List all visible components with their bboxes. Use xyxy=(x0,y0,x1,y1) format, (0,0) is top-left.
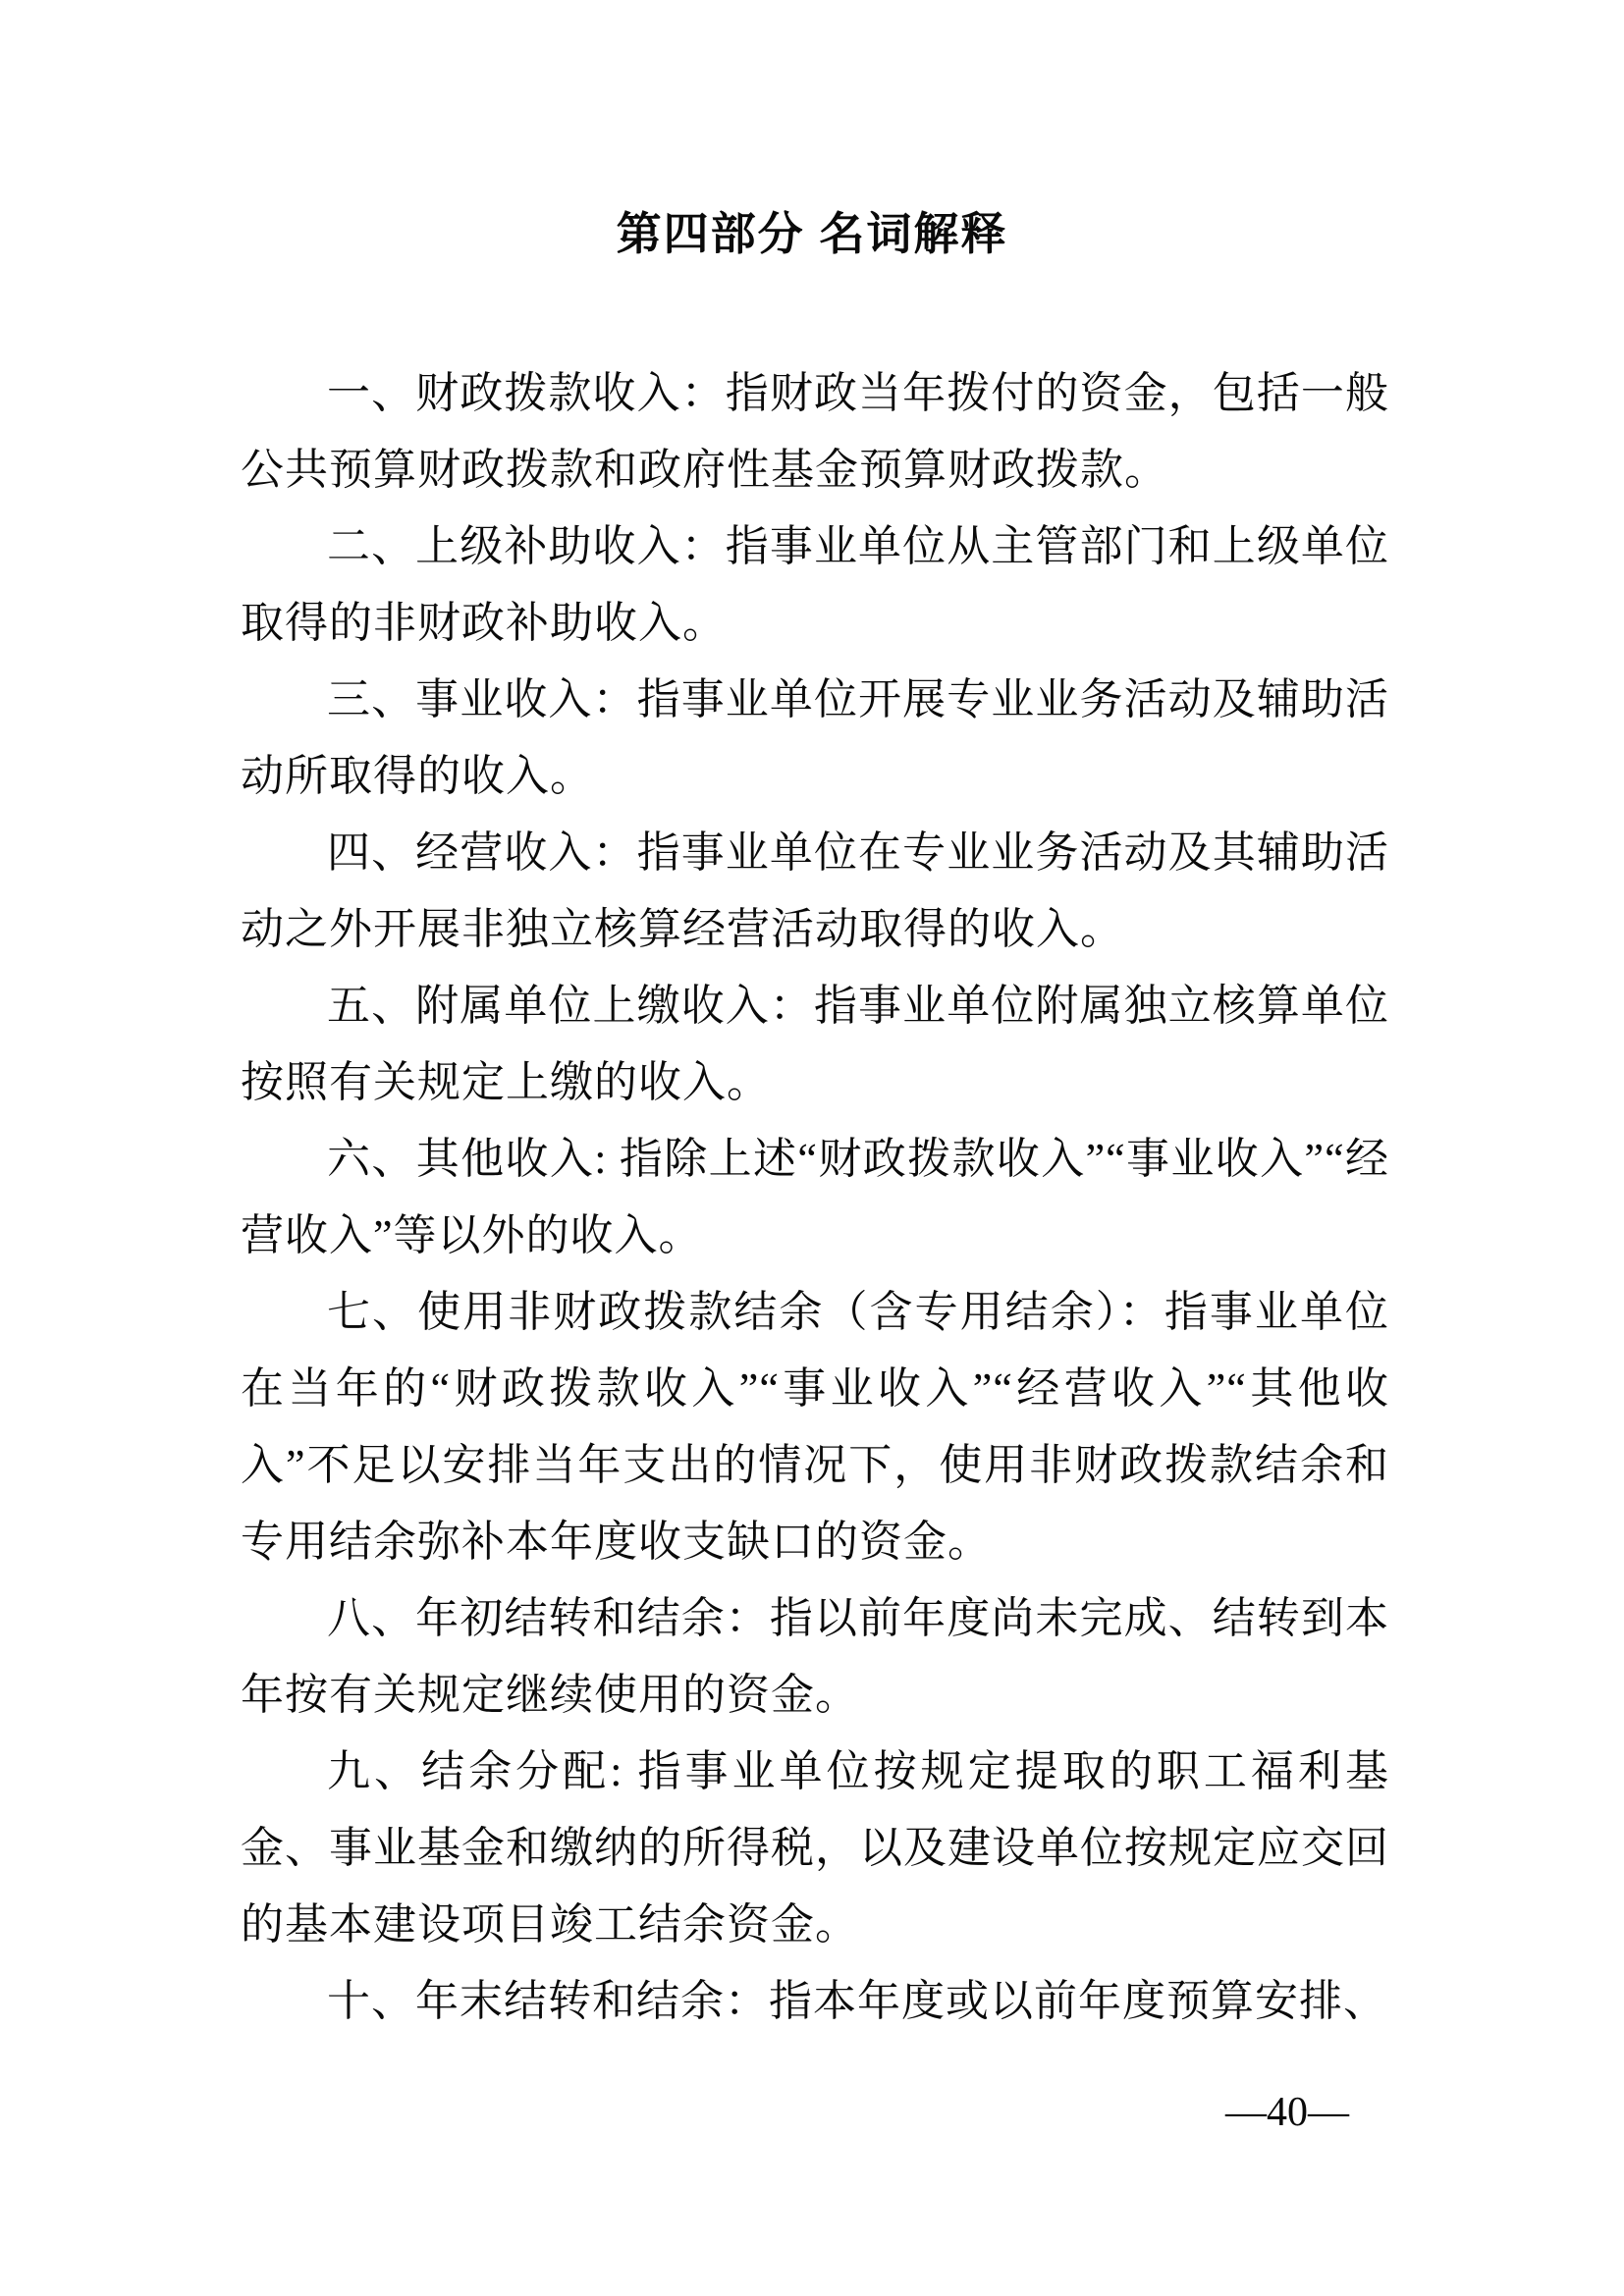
paragraph-term-2: 二、上级补助收入：指事业单位从主管部门和上级单位取得的非财政补助收入。 xyxy=(241,508,1389,662)
paragraph-term-6: 六、其他收入: 指除上述“财政拨款收入”“事业收入”“经营收入”等以外的收入。 xyxy=(241,1121,1389,1274)
page-title: 第四部分 名词解释 xyxy=(0,204,1624,263)
paragraph-term-4: 四、经营收入：指事业单位在专业业务活动及其辅助活动之外开展非独立核算经营活动取得… xyxy=(241,815,1389,968)
paragraph-term-9: 九、结余分配: 指事业单位按规定提取的职工福利基金、事业基金和缴纳的所得税，以及… xyxy=(241,1734,1389,1963)
paragraph-term-10: 十、年末结转和结余：指本年度或以前年度预算安排、 xyxy=(241,1963,1389,2040)
page-number: —40— xyxy=(1225,2089,1349,2136)
paragraph-term-5: 五、附属单位上缴收入：指事业单位附属独立核算单位按照有关规定上缴的收入。 xyxy=(241,968,1389,1121)
paragraph-term-7: 七、使用非财政拨款结余（含专用结余）：指事业单位在当年的“财政拨款收入”“事业收… xyxy=(241,1274,1389,1580)
paragraph-term-1: 一、财政拨款收入：指财政当年拨付的资金，包括一般公共预算财政拨款和政府性基金预算… xyxy=(241,355,1389,508)
paragraph-term-3: 三、事业收入：指事业单位开展专业业务活动及辅助活动所取得的收入。 xyxy=(241,662,1389,815)
document-page: 第四部分 名词解释 一、财政拨款收入：指财政当年拨付的资金，包括一般公共预算财政… xyxy=(0,0,1624,2296)
document-body: 一、财政拨款收入：指财政当年拨付的资金，包括一般公共预算财政拨款和政府性基金预算… xyxy=(241,355,1389,2040)
paragraph-term-8: 八、年初结转和结余：指以前年度尚未完成、结转到本年按有关规定继续使用的资金。 xyxy=(241,1580,1389,1734)
